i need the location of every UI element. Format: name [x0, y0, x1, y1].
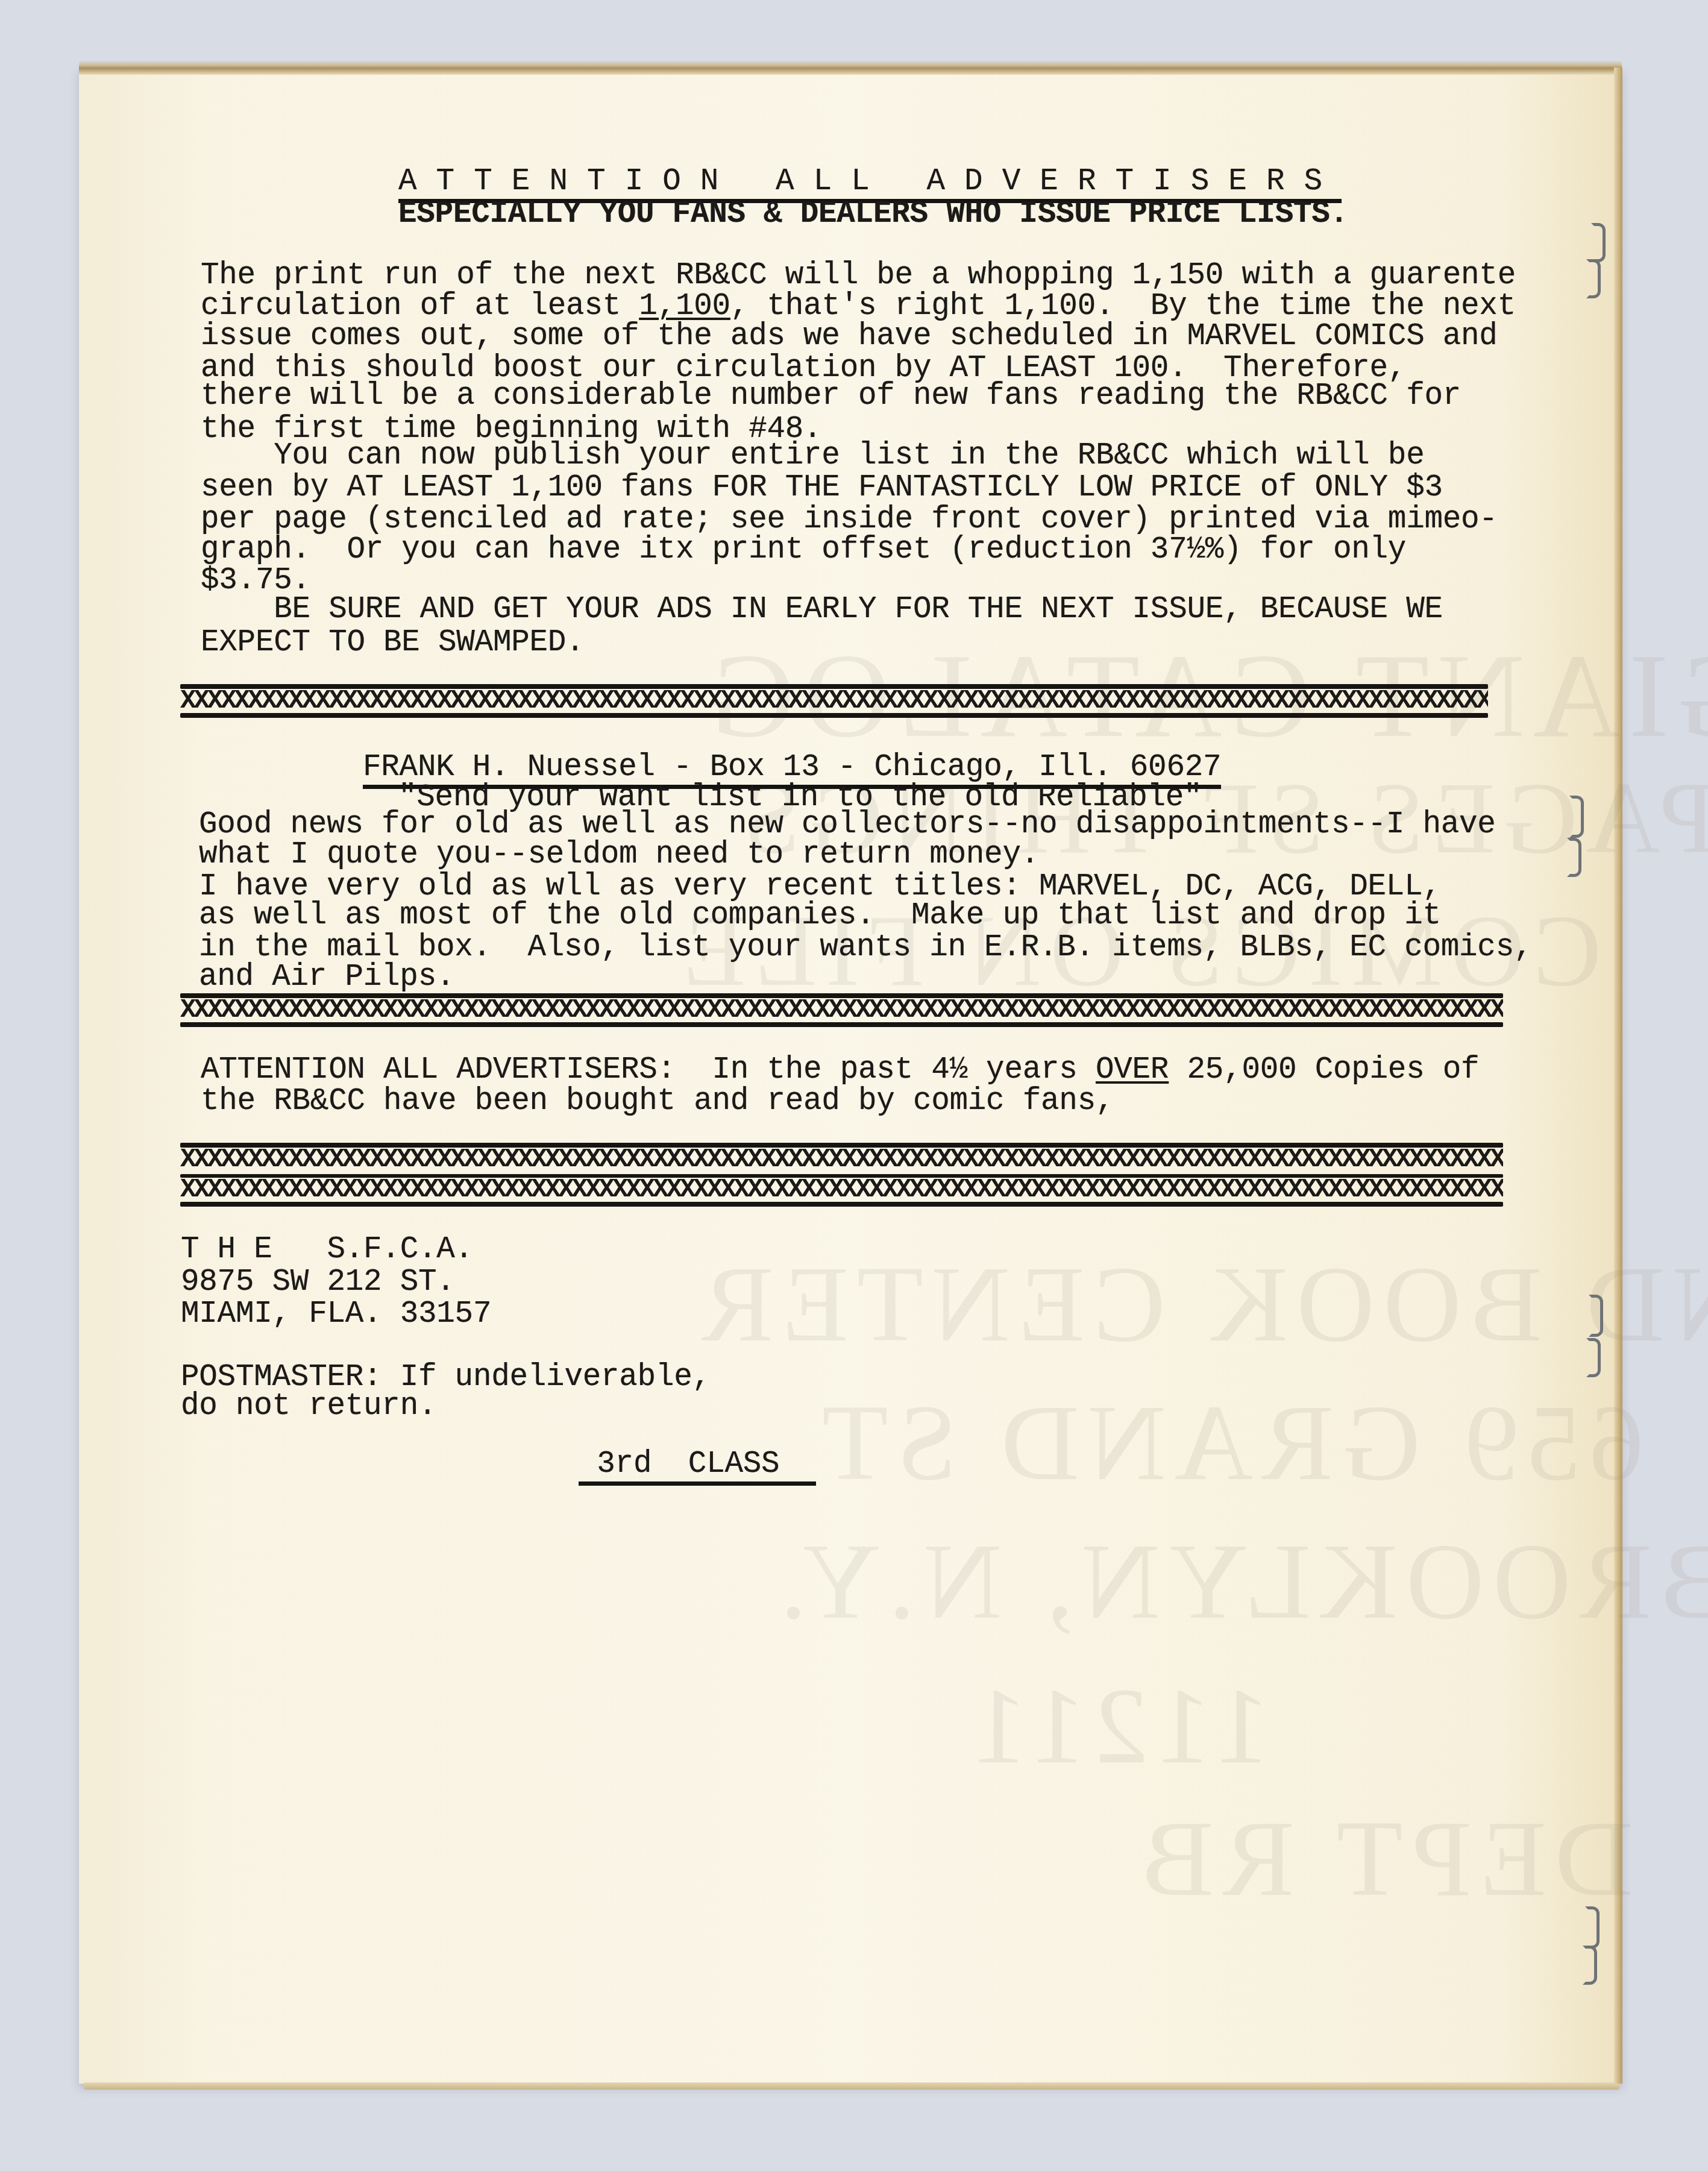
show-through-text: GRAND BOOK CENTER — [693, 1242, 1708, 1366]
ad-heading: FRANK H. Nuessel - Box 13 - Chicago, Ill… — [363, 752, 1221, 784]
staple-icon — [1585, 1906, 1600, 1949]
typed-x-divider: XXXXXXXXXXXXXXXXXXXXXXXXXXXXXXXXXXXXXXXX… — [180, 993, 1503, 1027]
text-line: seen by AT LEAST 1,100 fans FOR THE FANT… — [201, 473, 1443, 504]
sender-name: T H E S.F.C.A. — [181, 1234, 473, 1266]
text-line: BE SURE AND GET YOUR ADS IN EARLY FOR TH… — [201, 594, 1443, 626]
text-line: You can now publish your entire list in … — [201, 441, 1424, 472]
underlined-word: OVER — [1096, 1053, 1169, 1087]
page-edge — [1614, 68, 1622, 2084]
postage-class: 3rd CLASS — [579, 1449, 816, 1480]
text-line: what I quote you--seldom need to return … — [199, 840, 1039, 871]
text-line: the RB&CC have been bought and read by c… — [201, 1086, 1114, 1117]
text-line: per page (stenciled ad rate; see inside … — [201, 504, 1498, 536]
text-line: in the mail box. Also, list your wants i… — [199, 932, 1532, 964]
postmaster-line: do not return. — [181, 1391, 436, 1422]
typed-x-divider-double: XXXXXXXXXXXXXXXXXXXXXXXXXXXXXXXXXXXXXXXX… — [180, 1143, 1503, 1207]
show-through-text: DEPT RB — [1133, 1796, 1633, 1921]
staple-icon — [1591, 223, 1606, 262]
text-line: and Air Pilps. — [199, 962, 454, 993]
staple-icon — [1583, 1946, 1597, 1985]
staple-icon — [1586, 259, 1601, 298]
text-line: there will be a considerable number of n… — [201, 381, 1461, 412]
sender-city: MIAMI, FLA. 33157 — [181, 1299, 491, 1330]
text-line: ATTENTION ALL ADVERTISERS: In the past 4… — [201, 1055, 1479, 1086]
staple-icon — [1569, 796, 1584, 838]
typed-x-divider: XXXXXXXXXXXXXXXXXXXXXXXXXXXXXXXXXXXXXXXX… — [180, 684, 1488, 718]
show-through-text: 659 GRAND ST — [814, 1380, 1644, 1505]
text-line: graph. Or you can have itx print offset … — [201, 535, 1406, 566]
page-subtitle: ESPECIALLY YOU FANS & DEALERS WHO ISSUE … — [398, 199, 1348, 230]
staple-icon — [1589, 1295, 1603, 1337]
staple-icon — [1567, 838, 1581, 877]
show-through-text: 11211 — [964, 1664, 1270, 1788]
text-line: as well as most of the old companies. Ma… — [199, 900, 1441, 932]
text-line: issue comes out, some of the ads we have… — [201, 321, 1498, 353]
sender-street: 9875 SW 212 ST. — [181, 1267, 455, 1298]
underlined-figure: 1,100 — [639, 289, 730, 324]
show-through-text: BROOKLYN, N.Y. — [771, 1519, 1708, 1644]
staple-icon — [1586, 1338, 1601, 1377]
text-line: circulation of at least 1,100, that's ri… — [201, 291, 1516, 322]
text-line: The print run of the next RB&CC will be … — [201, 260, 1516, 292]
text-line: Good news for old as well as new collect… — [199, 809, 1496, 841]
page-title: ATTENTION ALL ADVERTISERS — [398, 166, 1342, 198]
text-line: EXPECT TO BE SWAMPED. — [201, 627, 584, 659]
